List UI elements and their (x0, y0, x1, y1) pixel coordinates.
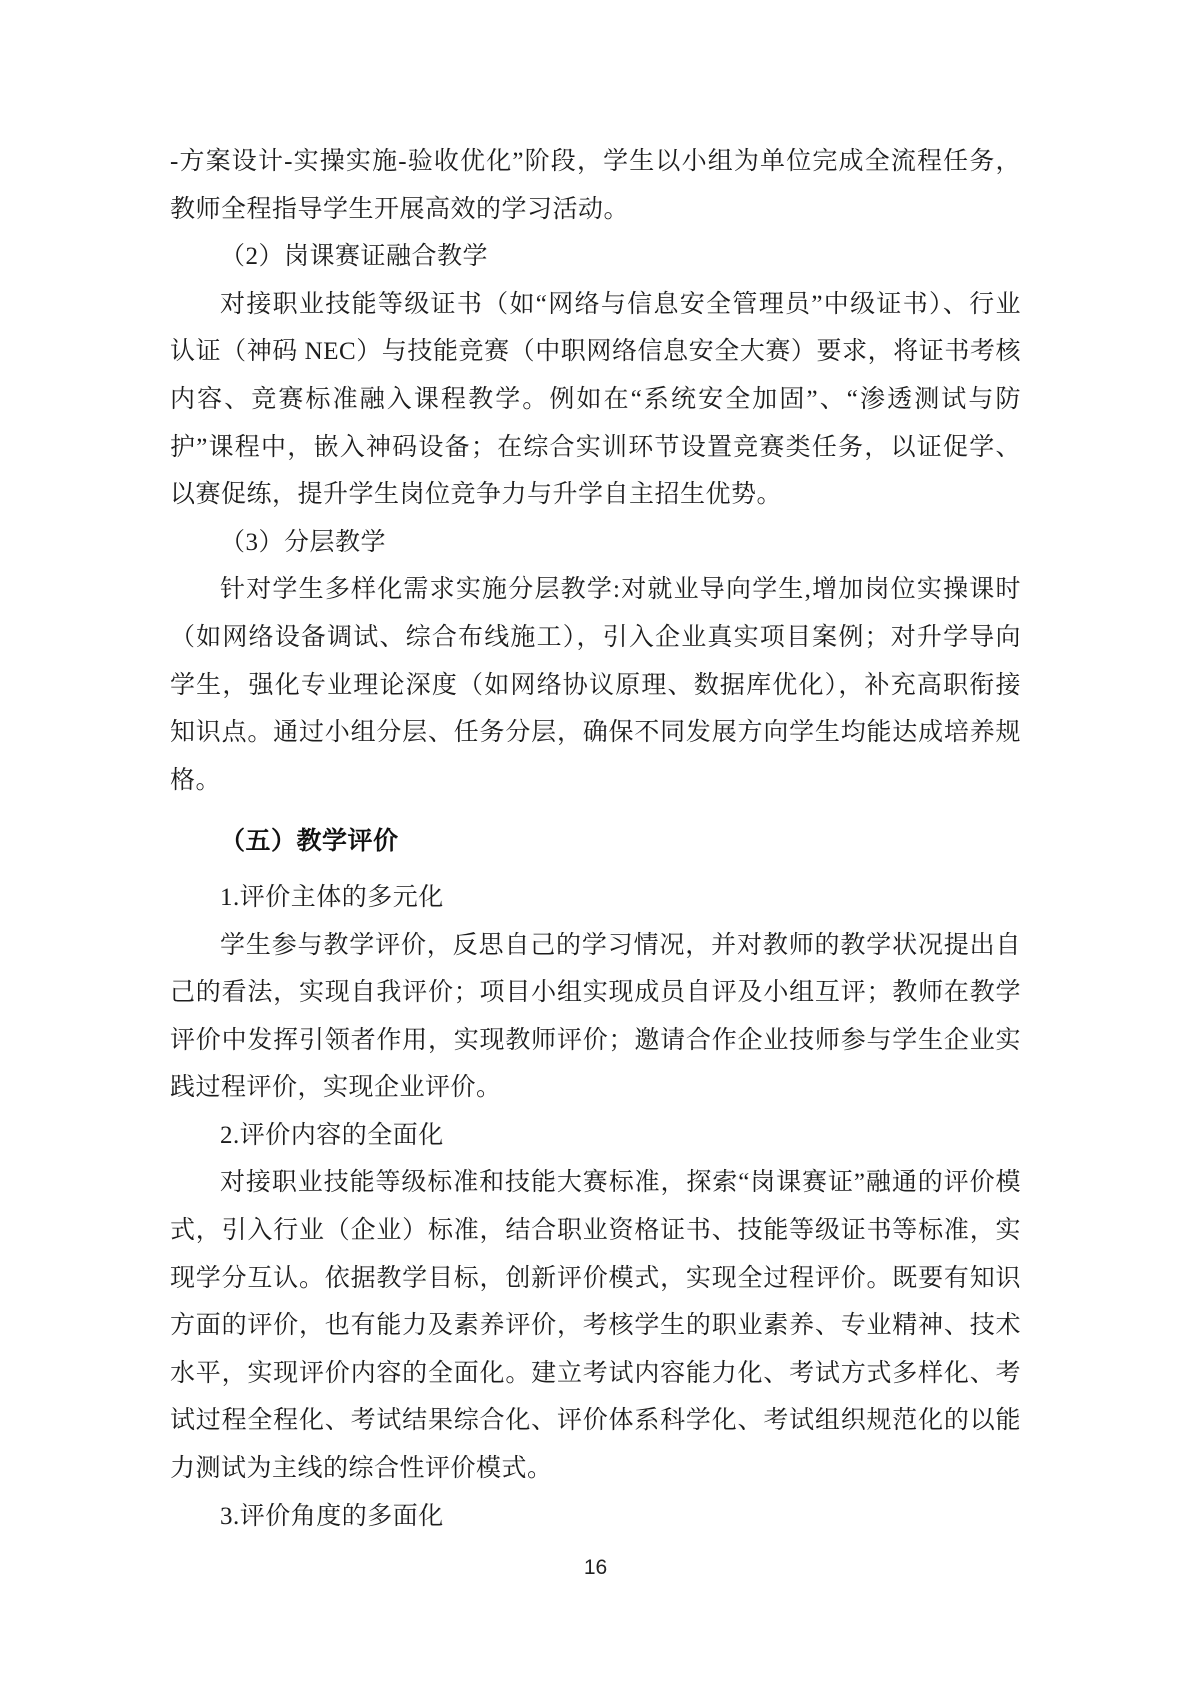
document-page: -方案设计-实操实施-验收优化”阶段，学生以小组为单位完成全流程任务，教师全程指… (0, 0, 1191, 1684)
paragraph: 对接职业技能等级证书（如“网络与信息安全管理员”中级证书）、行业认证（神码 NE… (170, 281, 1021, 519)
document-body: -方案设计-实操实施-验收优化”阶段，学生以小组为单位完成全流程任务，教师全程指… (170, 138, 1021, 1540)
numbered-subheading: （2）岗课赛证融合教学 (170, 233, 1021, 281)
numbered-subheading: 2.评价内容的全面化 (170, 1112, 1021, 1160)
paragraph-continuation: -方案设计-实操实施-验收优化”阶段，学生以小组为单位完成全流程任务，教师全程指… (170, 138, 1021, 233)
paragraph: 针对学生多样化需求实施分层教学:对就业导向学生,增加岗位实操课时（如网络设备调试… (170, 566, 1021, 804)
page-number: 16 (0, 1556, 1191, 1580)
paragraph: 学生参与教学评价，反思自己的学习情况，并对教师的教学状况提出自己的看法，实现自我… (170, 922, 1021, 1112)
numbered-subheading: （3）分层教学 (170, 519, 1021, 567)
numbered-subheading: 3.评价角度的多面化 (170, 1493, 1021, 1541)
numbered-subheading: 1.评价主体的多元化 (170, 874, 1021, 922)
section-heading: （五）教学评价 (170, 818, 1021, 866)
paragraph: 对接职业技能等级标准和技能大赛标准，探索“岗课赛证”融通的评价模式，引入行业（企… (170, 1159, 1021, 1492)
